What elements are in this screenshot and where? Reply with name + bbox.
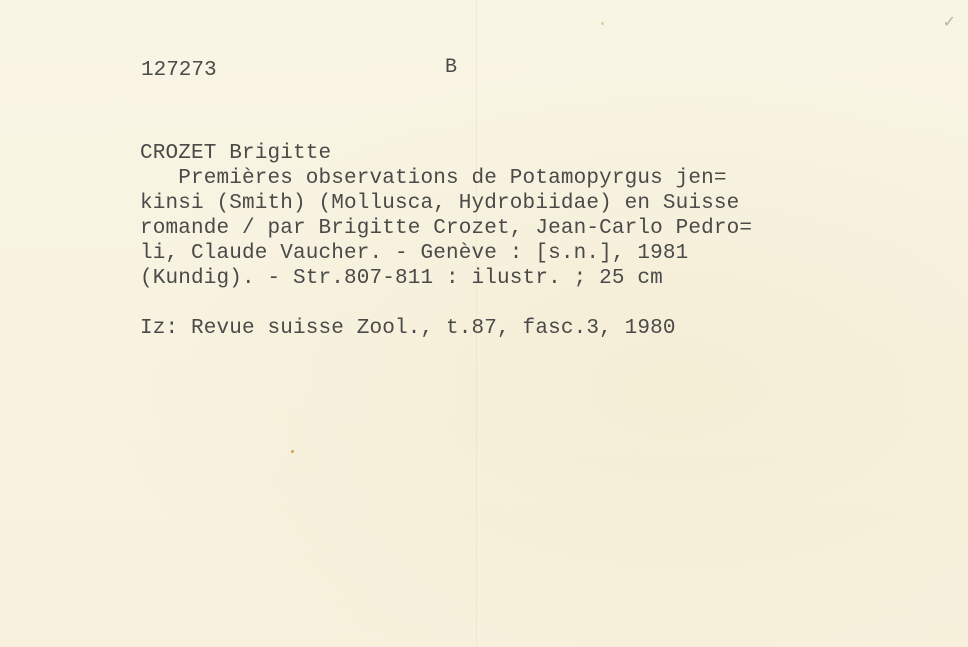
body-line-3: romande / par Brigitte Crozet, Jean-Carl… xyxy=(140,217,752,241)
body-line-5: (Kundig). - Str.807-811 : ilustr. ; 25 c… xyxy=(140,267,663,291)
author-heading: CROZET Brigitte xyxy=(140,142,331,166)
body-line-4: li, Claude Vaucher. - Genève : [s.n.], 1… xyxy=(140,242,688,266)
source-note: Iz: Revue suisse Zool., t.87, fasc.3, 19… xyxy=(140,317,676,341)
paper-speck xyxy=(291,450,294,453)
paper-speck xyxy=(601,22,604,25)
body-line-1: Premières observations de Potamopyrgus j… xyxy=(140,167,727,191)
body-line-2: kinsi (Smith) (Mollusca, Hydrobiidae) en… xyxy=(140,192,739,216)
section-letter: B xyxy=(445,56,457,79)
catalog-card: ✓ 127273 B CROZET Brigitte Premières obs… xyxy=(0,0,968,647)
check-mark-icon: ✓ xyxy=(943,12,956,31)
catalog-number: 127273 xyxy=(141,59,217,82)
